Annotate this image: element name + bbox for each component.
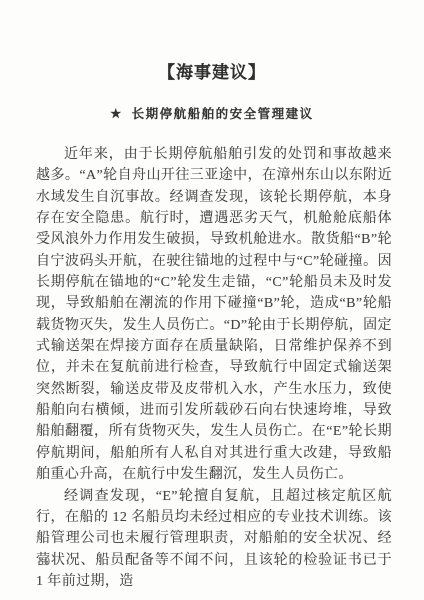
section-title: 【海事建议】 [0, 58, 424, 83]
document-page: 【海事建议】 ★长期停航船舶的安全管理建议 近年来，由于长期停航船舶引发的处罚和… [0, 0, 424, 600]
paragraph: 经调查发现，“E”轮擅自复航，且超过核定航区航行，在船的 12 名船员均未经过相… [36, 486, 392, 593]
paragraph: 近年来，由于长期停航船舶引发的处罚和事故越来越多。“A”轮自舟山开往三亚途中，在… [36, 144, 392, 486]
article-title: ★长期停航船舶的安全管理建议 [0, 104, 424, 122]
article-body: 近年来，由于长期停航船舶引发的处罚和事故越来越多。“A”轮自舟山开往三亚途中，在… [36, 144, 392, 592]
article-title-text: 长期停航船舶的安全管理建议 [132, 107, 314, 121]
page-number: 30 [38, 556, 51, 568]
star-icon: ★ [110, 107, 122, 122]
